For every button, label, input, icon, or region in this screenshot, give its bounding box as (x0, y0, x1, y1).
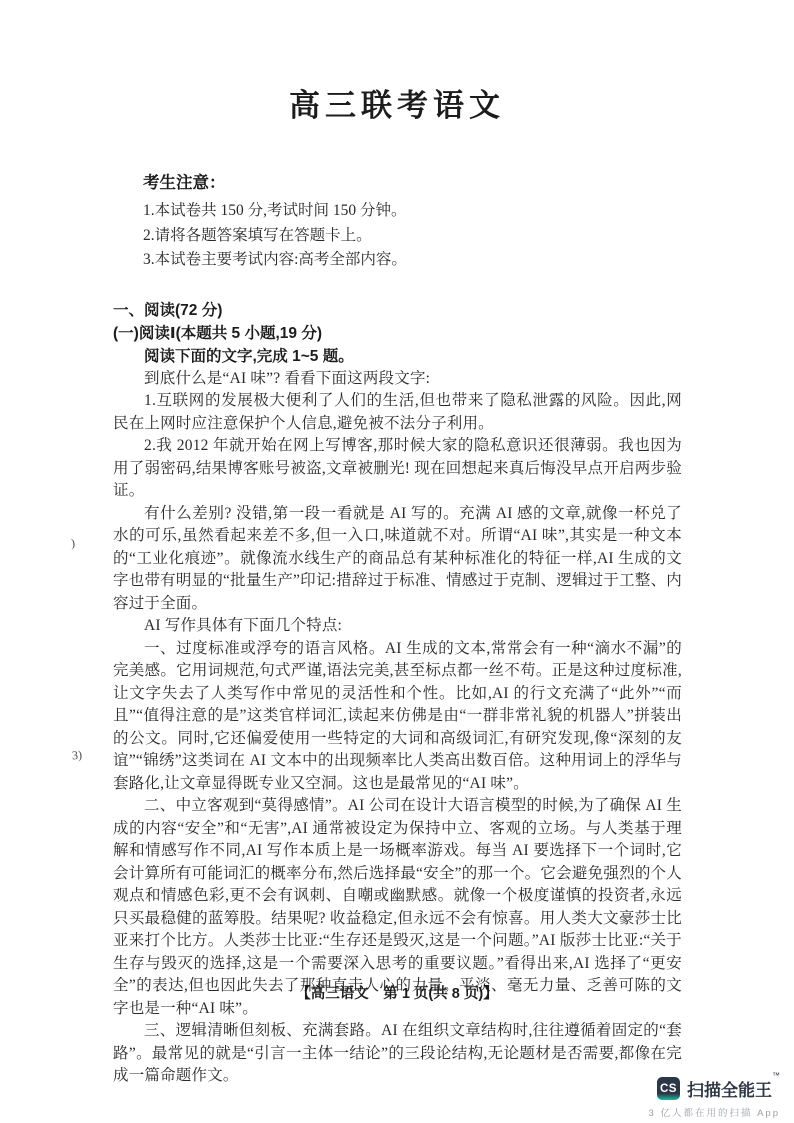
paragraph: AI 写作具体有下面几个特点: (113, 615, 682, 638)
exam-paper-page: 高三联考语文 考生注意： 1.本试卷共 150 分,考试时间 150 分钟。 2… (0, 0, 794, 1123)
camscanner-brand-row: CS 扫描全能王™ (657, 1076, 780, 1101)
reading-instruction: 阅读下面的文字,完成 1~5 题。 (113, 345, 682, 368)
paragraph: 有什么差别? 没错,第一段一看就是 AI 写的。充满 AI 感的文章,就像一杯兑… (113, 503, 682, 616)
paragraph: 三、逻辑清晰但刻板、充满套路。AI 在组织文章结构时,往往遵循着固定的“套路”。… (113, 1020, 682, 1088)
camscanner-watermark: CS 扫描全能王™ 3 亿人都在用的扫描 App (649, 1076, 780, 1119)
scan-artifact-mark: 3) (71, 748, 82, 764)
camscanner-tagline: 3 亿人都在用的扫描 App (649, 1105, 780, 1119)
notice-item: 3.本试卷主要考试内容:高考全部内容。 (143, 248, 684, 273)
notice-item: 1.本试卷共 150 分,考试时间 150 分钟。 (143, 199, 684, 224)
exam-body: 一、阅读(72 分) (一)阅读Ⅰ(本题共 5 小题,19 分) 阅读下面的文字… (113, 299, 682, 1088)
notice-item: 2.请将各题答案填写在答题卡上。 (143, 224, 684, 249)
camscanner-logo-icon: CS (657, 1077, 680, 1100)
notice-block: 考生注意： 1.本试卷共 150 分,考试时间 150 分钟。 2.请将各题答案… (143, 169, 684, 273)
notice-heading: 考生注意： (143, 169, 684, 193)
paragraph: 到底什么是“AI 味”? 看看下面这两段文字: (113, 368, 682, 391)
paragraph: 2.我 2012 年就开始在网上写博客,那时候大家的隐私意识还很薄弱。我也因为用… (113, 435, 682, 503)
paragraph: 一、过度标准或浮夸的语言风格。AI 生成的文本,常常会有一种“滴水不漏”的完美感… (113, 638, 682, 796)
subsection-heading: (一)阅读Ⅰ(本题共 5 小题,19 分) (113, 322, 682, 345)
page-title: 高三联考语文 (0, 0, 794, 125)
page-footer: 【高三语文 第 1 页(共 8 页)】 (0, 982, 794, 1003)
section-heading: 一、阅读(72 分) (113, 299, 682, 322)
paragraph: 1.互联网的发展极大便利了人们的生活,但也带来了隐私泄露的风险。因此,网民在上网… (113, 390, 682, 435)
camscanner-logo-text: CS (660, 1083, 677, 1095)
trademark-symbol: ™ (772, 1071, 780, 1080)
scan-artifact-mark: ) (70, 536, 75, 551)
camscanner-brand-name: 扫描全能王™ (687, 1076, 780, 1101)
